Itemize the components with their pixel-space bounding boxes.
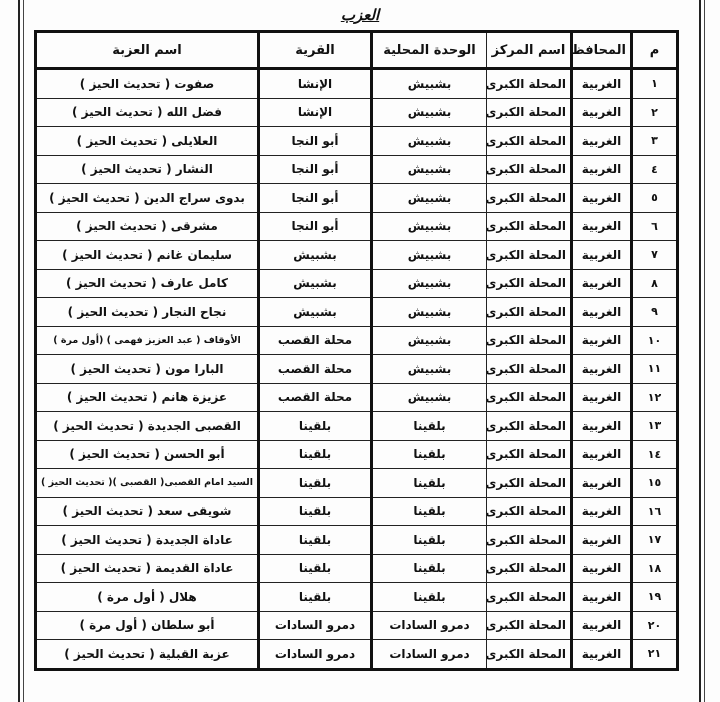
cell-governorate: الغربية	[572, 611, 632, 640]
cell-center: المحلة الكبرى	[487, 440, 572, 469]
cell-ezba-name: الأوقاف ( عبد العزيز فهمى ) (أول مرة )	[36, 326, 259, 355]
cell-center: المحلة الكبرى	[487, 554, 572, 583]
cell-village: محلة القصب	[259, 355, 372, 384]
cell-governorate: الغربية	[572, 298, 632, 327]
cell-village: أبو النجا	[259, 184, 372, 213]
cell-ezba-name: أبو سلطان ( أول مرة )	[36, 611, 259, 640]
cell-ezba-name: القصبى الجديدة ( تحديث الحيز )	[36, 412, 259, 441]
cell-village: بشبيش	[259, 241, 372, 270]
cell-center: المحلة الكبرى	[487, 241, 572, 270]
cell-local-unit: دمرو السادات	[372, 611, 487, 640]
row-number: ١٣	[632, 412, 678, 441]
row-number: ٦	[632, 212, 678, 241]
cell-ezba-name: عاداة الجديدة ( تحديث الحيز )	[36, 526, 259, 555]
ezba-registry-table: م المحافظة اسم المركز الوحدة المحلية الق…	[34, 30, 679, 671]
table-row: ١٣الغربيةالمحلة الكبرىبلقينابلقيناالقصبى…	[36, 412, 678, 441]
header-local-unit: الوحدة المحلية	[372, 32, 487, 69]
row-number: ٨	[632, 269, 678, 298]
cell-village: بلقينا	[259, 440, 372, 469]
cell-village: دمرو السادات	[259, 640, 372, 670]
cell-governorate: الغربية	[572, 184, 632, 213]
cell-village: محلة القصب	[259, 383, 372, 412]
table-row: ٤الغربيةالمحلة الكبرىبشبيشأبو النجاالنشا…	[36, 155, 678, 184]
row-number: ١٥	[632, 469, 678, 498]
cell-ezba-name: البارا مون ( تحديث الحيز )	[36, 355, 259, 384]
cell-local-unit: بلقينا	[372, 554, 487, 583]
cell-local-unit: بشبيش	[372, 127, 487, 156]
cell-ezba-name: شويقى سعد ( تحديث الحيز )	[36, 497, 259, 526]
cell-village: بلقينا	[259, 583, 372, 612]
header-ezba-name: اسم العزبة	[36, 32, 259, 69]
header-village: القرية	[259, 32, 372, 69]
page-border-left	[18, 0, 24, 702]
cell-ezba-name: مشرقى ( تحديث الحيز )	[36, 212, 259, 241]
cell-village: بلقينا	[259, 412, 372, 441]
cell-village: بلقينا	[259, 526, 372, 555]
cell-center: المحلة الكبرى	[487, 412, 572, 441]
cell-center: المحلة الكبرى	[487, 184, 572, 213]
cell-governorate: الغربية	[572, 269, 632, 298]
document-title: العزب	[0, 6, 720, 24]
cell-governorate: الغربية	[572, 212, 632, 241]
cell-ezba-name: هلال ( أول مرة )	[36, 583, 259, 612]
cell-local-unit: بشبيش	[372, 355, 487, 384]
table-row: ٩الغربيةالمحلة الكبرىبشبيشبشبيشنجاح النج…	[36, 298, 678, 327]
table-row: ٥الغربيةالمحلة الكبرىبشبيشأبو النجابدوى …	[36, 184, 678, 213]
cell-governorate: الغربية	[572, 440, 632, 469]
table-body: ١الغربيةالمحلة الكبرىبشبيشالإنشاصفوت ( ت…	[36, 69, 678, 670]
cell-local-unit: بلقينا	[372, 583, 487, 612]
cell-center: المحلة الكبرى	[487, 269, 572, 298]
row-number: ١٩	[632, 583, 678, 612]
cell-ezba-name: صفوت ( تحديث الحيز )	[36, 69, 259, 99]
cell-ezba-name: بدوى سراج الدين ( تحديث الحيز )	[36, 184, 259, 213]
cell-local-unit: بشبيش	[372, 98, 487, 127]
cell-local-unit: دمرو السادات	[372, 640, 487, 670]
cell-local-unit: بشبيش	[372, 184, 487, 213]
cell-governorate: الغربية	[572, 241, 632, 270]
cell-governorate: الغربية	[572, 98, 632, 127]
cell-village: الإنشا	[259, 98, 372, 127]
cell-ezba-name: عزيزة هانم ( تحديث الحيز )	[36, 383, 259, 412]
cell-village: بشبيش	[259, 298, 372, 327]
cell-center: المحلة الكبرى	[487, 469, 572, 498]
cell-governorate: الغربية	[572, 69, 632, 99]
cell-village: بلقينا	[259, 497, 372, 526]
table-row: ١٥الغربيةالمحلة الكبرىبلقينابلقيناالسيد …	[36, 469, 678, 498]
table-header: م المحافظة اسم المركز الوحدة المحلية الق…	[36, 32, 678, 69]
cell-village: بلقينا	[259, 554, 372, 583]
cell-ezba-name: سليمان غانم ( تحديث الحيز )	[36, 241, 259, 270]
cell-governorate: الغربية	[572, 554, 632, 583]
cell-local-unit: بشبيش	[372, 269, 487, 298]
row-number: ١	[632, 69, 678, 99]
row-number: ٢	[632, 98, 678, 127]
cell-local-unit: بشبيش	[372, 155, 487, 184]
row-number: ١٤	[632, 440, 678, 469]
table-row: ١١الغربيةالمحلة الكبرىبشبيشمحلة القصبالب…	[36, 355, 678, 384]
cell-center: المحلة الكبرى	[487, 355, 572, 384]
table-row: ٨الغربيةالمحلة الكبرىبشبيشبشبيشكامل عارف…	[36, 269, 678, 298]
table-row: ١الغربيةالمحلة الكبرىبشبيشالإنشاصفوت ( ت…	[36, 69, 678, 99]
cell-governorate: الغربية	[572, 469, 632, 498]
table-row: ٢الغربيةالمحلة الكبرىبشبيشالإنشافضل الله…	[36, 98, 678, 127]
cell-village: دمرو السادات	[259, 611, 372, 640]
cell-governorate: الغربية	[572, 583, 632, 612]
cell-center: المحلة الكبرى	[487, 212, 572, 241]
cell-governorate: الغربية	[572, 497, 632, 526]
table-row: ٧الغربيةالمحلة الكبرىبشبيشبشبيشسليمان غا…	[36, 241, 678, 270]
table-row: ٢١الغربيةالمحلة الكبرىدمرو الساداتدمرو ا…	[36, 640, 678, 670]
cell-village: أبو النجا	[259, 212, 372, 241]
row-number: ٢٠	[632, 611, 678, 640]
cell-local-unit: بشبيش	[372, 326, 487, 355]
table-row: ٣الغربيةالمحلة الكبرىبشبيشأبو النجاالعلا…	[36, 127, 678, 156]
cell-center: المحلة الكبرى	[487, 611, 572, 640]
row-number: ٣	[632, 127, 678, 156]
cell-center: المحلة الكبرى	[487, 497, 572, 526]
table-row: ١٧الغربيةالمحلة الكبرىبلقينابلقيناعاداة …	[36, 526, 678, 555]
cell-ezba-name: نجاح النجار ( تحديث الحيز )	[36, 298, 259, 327]
row-number: ٧	[632, 241, 678, 270]
cell-local-unit: بلقينا	[372, 526, 487, 555]
cell-local-unit: بلقينا	[372, 497, 487, 526]
cell-center: المحلة الكبرى	[487, 526, 572, 555]
row-number: ٤	[632, 155, 678, 184]
cell-village: أبو النجا	[259, 155, 372, 184]
row-number: ١٨	[632, 554, 678, 583]
cell-village: بلقينا	[259, 469, 372, 498]
cell-ezba-name: كامل عارف ( تحديث الحيز )	[36, 269, 259, 298]
cell-center: المحلة الكبرى	[487, 155, 572, 184]
cell-village: الإنشا	[259, 69, 372, 99]
cell-local-unit: بشبيش	[372, 212, 487, 241]
cell-village: أبو النجا	[259, 127, 372, 156]
table-row: ٦الغربيةالمحلة الكبرىبشبيشأبو النجامشرقى…	[36, 212, 678, 241]
cell-center: المحلة الكبرى	[487, 127, 572, 156]
cell-governorate: الغربية	[572, 127, 632, 156]
cell-center: المحلة الكبرى	[487, 640, 572, 670]
cell-center: المحلة الكبرى	[487, 583, 572, 612]
cell-center: المحلة الكبرى	[487, 326, 572, 355]
cell-center: المحلة الكبرى	[487, 298, 572, 327]
header-center: اسم المركز	[487, 32, 572, 69]
cell-governorate: الغربية	[572, 640, 632, 670]
cell-local-unit: بلقينا	[372, 469, 487, 498]
header-row: م المحافظة اسم المركز الوحدة المحلية الق…	[36, 32, 678, 69]
cell-ezba-name: عاداة القديمة ( تحديث الحيز )	[36, 554, 259, 583]
cell-governorate: الغربية	[572, 383, 632, 412]
row-number: ١٢	[632, 383, 678, 412]
row-number: ٩	[632, 298, 678, 327]
cell-local-unit: بشبيش	[372, 383, 487, 412]
page-border-right	[699, 0, 705, 702]
table-row: ١٨الغربيةالمحلة الكبرىبلقينابلقيناعاداة …	[36, 554, 678, 583]
cell-governorate: الغربية	[572, 326, 632, 355]
table-row: ١٦الغربيةالمحلة الكبرىبلقينابلقيناشويقى …	[36, 497, 678, 526]
cell-center: المحلة الكبرى	[487, 69, 572, 99]
cell-ezba-name: فضل الله ( تحديث الحيز )	[36, 98, 259, 127]
row-number: ٥	[632, 184, 678, 213]
cell-local-unit: بلقينا	[372, 440, 487, 469]
cell-local-unit: بشبيش	[372, 298, 487, 327]
row-number: ١٧	[632, 526, 678, 555]
cell-local-unit: بشبيش	[372, 69, 487, 99]
table-row: ١٢الغربيةالمحلة الكبرىبشبيشمحلة القصبعزي…	[36, 383, 678, 412]
table-row: ١٤الغربيةالمحلة الكبرىبلقينابلقيناأبو ال…	[36, 440, 678, 469]
cell-governorate: الغربية	[572, 412, 632, 441]
cell-local-unit: بشبيش	[372, 241, 487, 270]
cell-village: محلة القصب	[259, 326, 372, 355]
table-row: ١٠الغربيةالمحلة الكبرىبشبيشمحلة القصبالأ…	[36, 326, 678, 355]
cell-local-unit: بلقينا	[372, 412, 487, 441]
cell-governorate: الغربية	[572, 155, 632, 184]
cell-center: المحلة الكبرى	[487, 98, 572, 127]
table-row: ١٩الغربيةالمحلة الكبرىبلقينابلقيناهلال (…	[36, 583, 678, 612]
cell-governorate: الغربية	[572, 355, 632, 384]
cell-center: المحلة الكبرى	[487, 383, 572, 412]
cell-ezba-name: السيد امام القصبى( القصبى )( تحديث الحيز…	[36, 469, 259, 498]
header-governorate: المحافظة	[572, 32, 632, 69]
cell-ezba-name: العلايلى ( تحديث الحيز )	[36, 127, 259, 156]
cell-ezba-name: أبو الحسن ( تحديث الحيز )	[36, 440, 259, 469]
row-number: ١٦	[632, 497, 678, 526]
row-number: ١١	[632, 355, 678, 384]
cell-ezba-name: عزبة القبلية ( تحديث الحيز )	[36, 640, 259, 670]
row-number: ١٠	[632, 326, 678, 355]
cell-governorate: الغربية	[572, 526, 632, 555]
cell-village: بشبيش	[259, 269, 372, 298]
header-num: م	[632, 32, 678, 69]
cell-ezba-name: النشار ( تحديث الحيز )	[36, 155, 259, 184]
row-number: ٢١	[632, 640, 678, 670]
table-row: ٢٠الغربيةالمحلة الكبرىدمرو الساداتدمرو ا…	[36, 611, 678, 640]
